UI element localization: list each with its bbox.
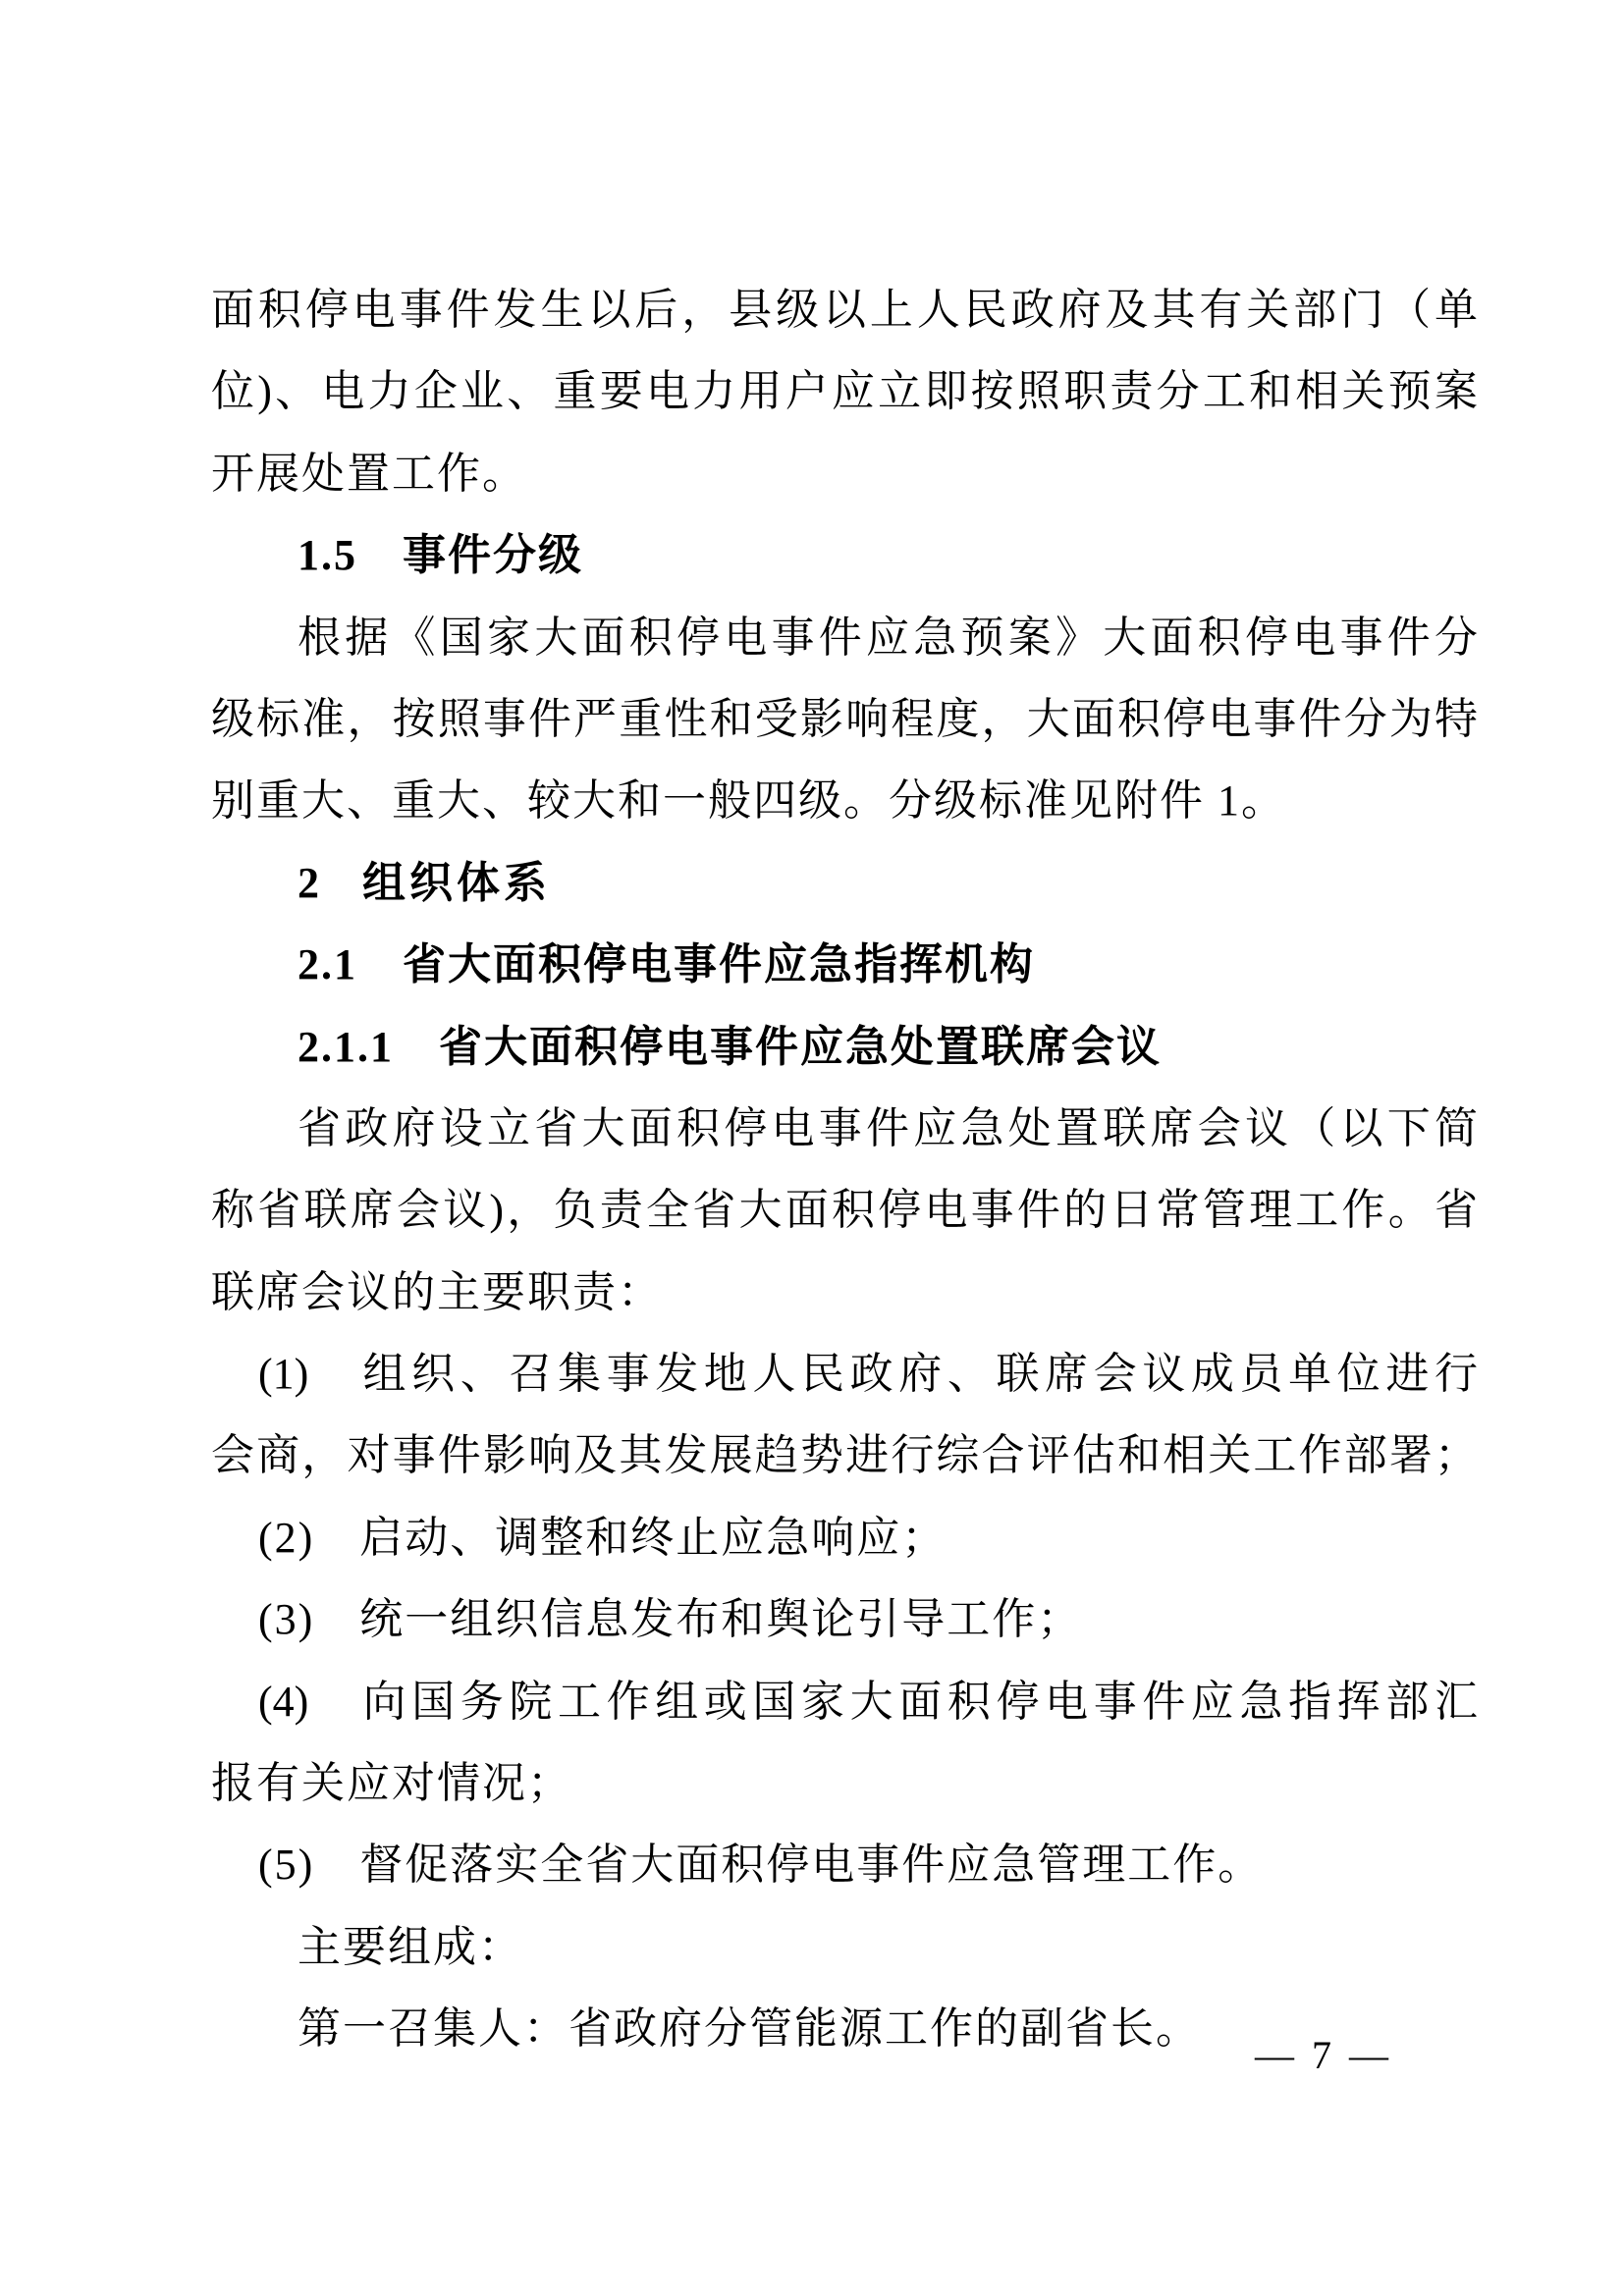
page-number: — 7 — — [1255, 2032, 1392, 2078]
heading-2-organization-system: 2组织体系 — [211, 842, 1478, 924]
para-joint-meeting-line-3: 联席会议的主要职责： — [211, 1252, 1478, 1333]
heading-1-5-event-classification: 1.5 事件分级 — [211, 514, 1478, 596]
heading-2-number: 2 — [298, 859, 321, 907]
para-response-line-1: 面积停电事件发生以后，县级以上人民政府及其有关部门（单 — [211, 269, 1478, 350]
heading-2-1-1-joint-meeting: 2.1.1 省大面积停电事件应急处置联席会议 — [211, 1006, 1478, 1088]
heading-2-title: 组织体系 — [362, 859, 551, 907]
para-classification-line-3: 别重大、重大、较大和一般四级。分级标准见附件 1。 — [211, 760, 1478, 841]
para-main-composition: 主要组成： — [211, 1906, 1478, 1988]
duty-item-1-line-1: (1) 组织、召集事发地人民政府、联席会议成员单位进行 — [211, 1333, 1478, 1415]
document-page: 面积停电事件发生以后，县级以上人民政府及其有关部门（单 位)、电力企业、重要电力… — [0, 0, 1624, 2296]
duty-item-4-line-2: 报有关应对情况； — [211, 1742, 1478, 1824]
para-joint-meeting-line-2: 称省联席会议)，负责全省大面积停电事件的日常管理工作。省 — [211, 1169, 1478, 1251]
duty-item-1-line-2: 会商，对事件影响及其发展趋势进行综合评估和相关工作部署； — [211, 1415, 1478, 1496]
heading-2-1-command-structure: 2.1 省大面积停电事件应急指挥机构 — [211, 924, 1478, 1005]
duty-item-2: (2) 启动、调整和终止应急响应； — [211, 1497, 1478, 1578]
para-joint-meeting-line-1: 省政府设立省大面积停电事件应急处置联席会议（以下简 — [211, 1088, 1478, 1169]
para-response-line-2: 位)、电力企业、重要电力用户应立即按照职责分工和相关预案 — [211, 350, 1478, 432]
para-response-line-3: 开展处置工作。 — [211, 433, 1478, 514]
duty-item-3: (3) 统一组织信息发布和舆论引导工作； — [211, 1578, 1478, 1660]
para-classification-line-2: 级标准，按照事件严重性和受影响程度，大面积停电事件分为特 — [211, 678, 1478, 760]
duty-item-4-line-1: (4) 向国务院工作组或国家大面积停电事件应急指挥部汇 — [211, 1661, 1478, 1742]
duty-item-5: (5) 督促落实全省大面积停电事件应急管理工作。 — [211, 1824, 1478, 1905]
document-body: 面积停电事件发生以后，县级以上人民政府及其有关部门（单 位)、电力企业、重要电力… — [211, 269, 1478, 2070]
para-classification-line-1: 根据《国家大面积停电事件应急预案》大面积停电事件分 — [211, 597, 1478, 678]
